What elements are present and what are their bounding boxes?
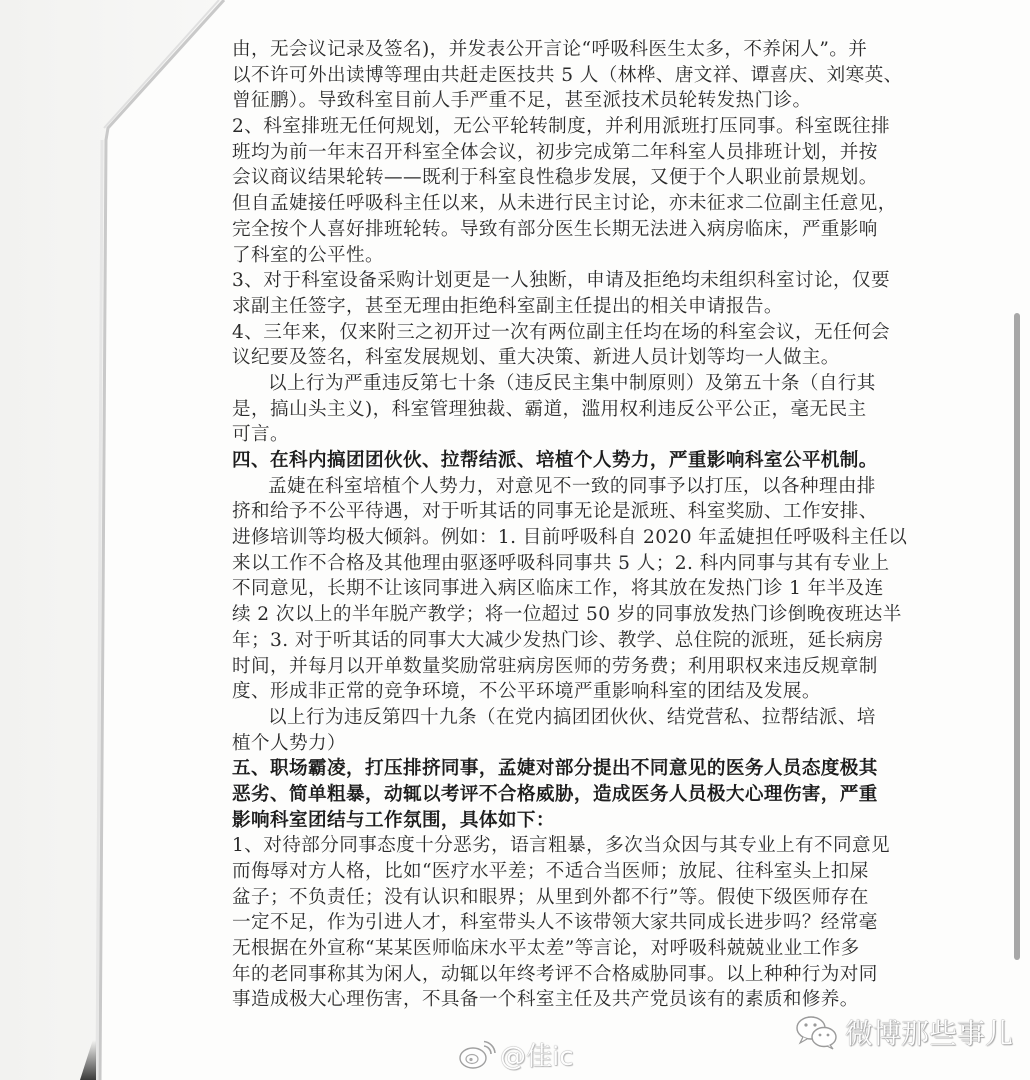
text-line: 可言。 (232, 422, 816, 448)
wechat-account-name: 微博那些事儿 (845, 1012, 1013, 1052)
wechat-logo-icon (795, 1014, 839, 1050)
text-line: 完全按个人喜好排班轮转。导致有部分医生长期无法进入病房临床，严重影响 (232, 217, 816, 243)
weibo-handle: @佳ic (500, 1036, 574, 1073)
text-line: 以上行为违反第四十九条（在党内搞团团伙伙、结党营私、拉帮结派、培 (232, 705, 816, 731)
scrollbar-thumb[interactable] (1014, 313, 1020, 960)
text-line: 年的老同事称其为闲人，动辄以年终考评不合格威胁同事。以上种种行为对同 (232, 962, 816, 988)
text-line: 1、对待部分同事态度十分恶劣，语言粗暴，多次当众因与其专业上有不同意见 (232, 833, 816, 859)
text-line: 一定不足，作为引进人才，科室带头人不该带领大家共同成长进步吗？经常毫 (232, 910, 816, 936)
section-heading-line: 恶劣、简单粗暴，动辄以考评不合格威胁，造成医务人员极大心理伤害，严重 (232, 782, 816, 808)
text-line: 求副主任签字，甚至无理由拒绝科室副主任提出的相关申请报告。 (232, 294, 816, 320)
text-line: 不同意见，长期不让该同事进入病区临床工作，将其放在发热门诊 1 年半及连 (232, 576, 816, 602)
text-line: 以上行为严重违反第七十条（违反民主集中制原则）及第五十条（自行其 (232, 371, 816, 397)
text-line: 但自孟婕接任呼吸科主任以来，从未进行民主讨论，亦未征求二位副主任意见， (232, 191, 816, 217)
text-line: 3、对于科室设备采购计划更是一人独断，申请及拒绝均未组织科室讨论，仅要 (232, 268, 816, 294)
text-line: 时间，并每月以开单数量奖励常驻病房医师的劳务费；利用职权来违反规章制 (232, 654, 816, 680)
document-body: 由，无会议记录及签名)，并发表公开言论“呼吸科医生太多，不养闲人”。并以不许可外… (232, 37, 816, 1013)
text-line: 来以工作不合格及其他理由驱逐呼吸科同事共 5 人；2. 科内同事与其有专业上 (232, 551, 816, 577)
text-line: 无根据在外宣称“某某医师临床水平太差”等言论，对呼吸科兢兢业业工作多 (232, 936, 816, 962)
text-line: 以不许可外出读博等理由共赶走医技共 5 人（林桦、唐文祥、谭喜庆、刘寒英、 (232, 63, 816, 89)
text-line: 度、形成非正常的竞争环境，不公平环境严重影响科室的团结及发展。 (232, 679, 816, 705)
section-heading-line: 影响科室团结与工作氛围，具体如下： (232, 808, 816, 834)
text-line: 会议商议结果轮转——既利于科室良性稳步发展，又便于个人职业前景规划。 (232, 165, 816, 191)
document-page: 由，无会议记录及签名)，并发表公开言论“呼吸科医生太多，不养闲人”。并以不许可外… (0, 0, 1030, 1080)
text-line: 议纪要及签名，科室发展规划、重大决策、新进人员计划等均一人做主。 (232, 345, 816, 371)
wechat-watermark: 微博那些事儿 (795, 1012, 1013, 1052)
text-line: 进修培训等均极大倾斜。例如：1. 目前呼吸科自 2020 年孟婕担任呼吸科主任以 (232, 525, 816, 551)
text-line: 盆子；不负责任；没有认识和眼界；从里到外都不行”等。假使下级医师存在 (232, 885, 816, 911)
text-line: 而侮辱对方人格，比如“医疗水平差；不适合当医师；放屁、往科室头上扣屎 (232, 859, 816, 885)
section-heading-line: 四、在科内搞团团伙伙、拉帮结派、培植个人势力，严重影响科室公平机制。 (232, 448, 816, 474)
section-heading-line: 五、职场霸凌，打压排挤同事，孟婕对部分提出不同意见的医务人员态度极其 (232, 756, 816, 782)
text-line: 孟婕在科室培植个人势力，对意见不一致的同事予以打压，以各种理由排 (232, 474, 816, 500)
text-line: 4、三年来，仅来附三之初开过一次有两位副主任均在场的科室会议，无任何会 (232, 320, 816, 346)
text-line: 班均为前一年末召开科室全体会议，初步完成第二年科室人员排班计划，并按 (232, 140, 816, 166)
text-line: 挤和给予不公平待遇，对于听其话的同事无论是派班、科室奖励、工作安排、 (232, 499, 816, 525)
text-line: 是，搞山头主义)，科室管理独裁、霸道，滥用权利违反公平公正，毫无民主 (232, 397, 816, 423)
text-line: 2、科室排班无任何规划，无公平轮转制度，并利用派班打压同事。科室既往排 (232, 114, 816, 140)
text-line: 由，无会议记录及签名)，并发表公开言论“呼吸科医生太多，不养闲人”。并 (232, 37, 816, 63)
weibo-logo-icon (458, 1040, 496, 1070)
text-line: 了科室的公平性。 (232, 243, 816, 269)
text-line: 事造成极大心理伤害，不具备一个科室主任及共产党员该有的素质和修养。 (232, 987, 816, 1013)
weibo-watermark: @佳ic (458, 1036, 574, 1073)
text-line: 曾征鹏）。导致科室目前人手严重不足，甚至派技术员轮转发热门诊。 (232, 88, 816, 114)
text-line: 年；3. 对于听其话的同事大大减少发热门诊、教学、总住院的派班，延长病房 (232, 628, 816, 654)
text-line: 续 2 次以上的半年脱产教学；将一位超过 50 岁的同事放发热门诊倒晚夜班达半 (232, 602, 816, 628)
text-line: 植个人势力） (232, 731, 816, 757)
